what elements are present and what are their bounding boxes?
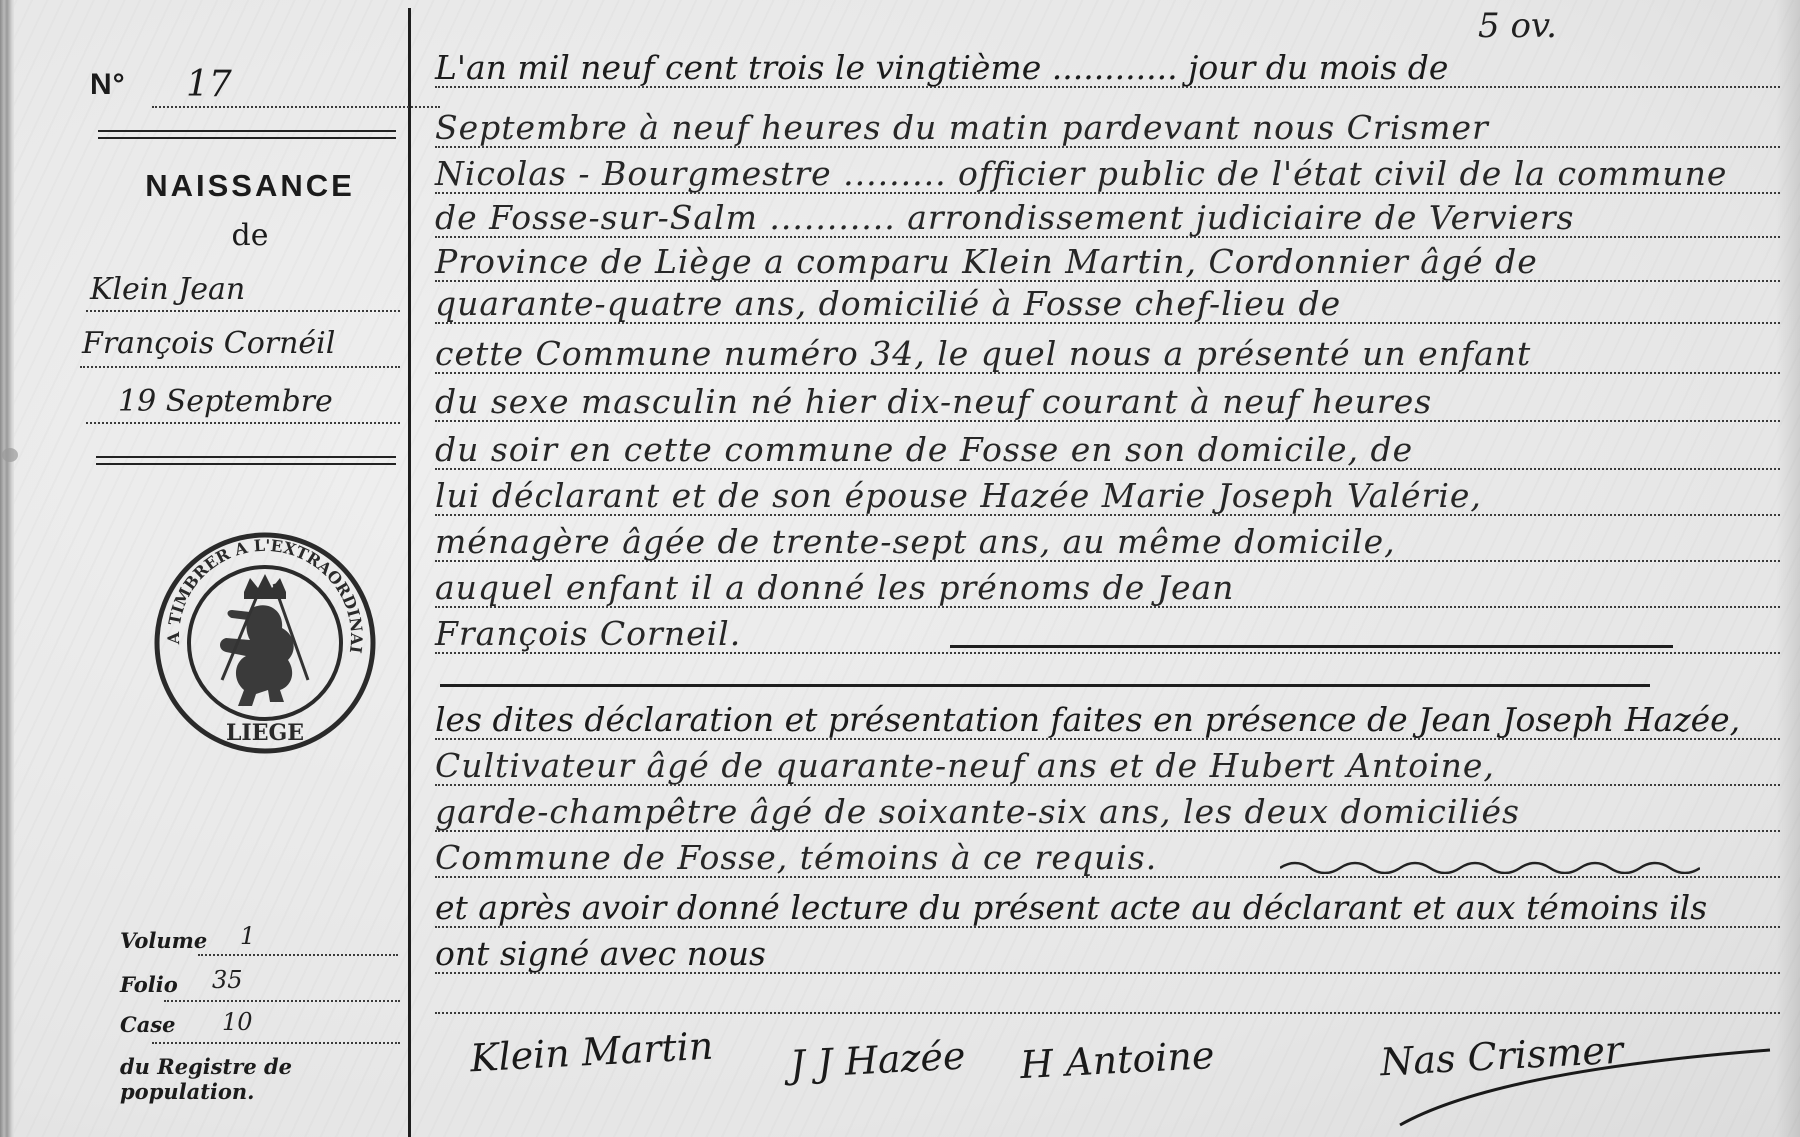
closing-line: et après avoir donné lecture du présent …	[435, 884, 1780, 936]
body-line: François Corneil.	[435, 610, 1780, 662]
birth-date-line: 19 Septembre	[118, 384, 333, 419]
binding-thread-knot	[2, 448, 18, 462]
body-line-text: cette Commune numéro 34, le quel nous a …	[435, 334, 1531, 374]
child-surname-line: Klein Jean	[90, 272, 245, 307]
entry-number: N° 17	[90, 68, 440, 112]
witness-line: garde-champêtre âgé de soixante-six ans,…	[435, 788, 1780, 840]
body-line-text: Septembre à neuf heures du matin pardeva…	[435, 108, 1489, 148]
number-value: 17	[186, 64, 232, 105]
register-footer: du Registre de population.	[120, 1054, 400, 1104]
folio-label: Folio	[120, 972, 178, 997]
volume-label: Volume	[120, 928, 207, 953]
body-line-text: lui déclarant et de son épouse Hazée Mar…	[435, 476, 1482, 516]
closing-line-text: ont signé avec nous	[435, 934, 766, 974]
svg-text:LIEGE: LIEGE	[226, 720, 304, 746]
body-line: auquel enfant il a donné les prénoms de …	[435, 564, 1780, 616]
folio-value: 35	[212, 966, 243, 994]
body-line-text: de Fosse-sur-Salm ........... arrondisse…	[435, 198, 1574, 238]
double-rule	[98, 130, 396, 139]
body-line-text: du soir en cette commune de Fosse en son…	[435, 430, 1413, 470]
witness-line-text: Cultivateur âgé de quarante-neuf ans et …	[435, 746, 1495, 786]
tax-stamp-icon: A TIMBRER A L'EXTRAORDINAIRE LIEGE	[152, 530, 378, 756]
body-line: Septembre à neuf heures du matin pardeva…	[435, 104, 1780, 156]
signature-witness-2: H Antoine	[1019, 1033, 1215, 1087]
body-line: quarante-quatre ans, domicilié à Fosse c…	[435, 280, 1780, 332]
margin-column: N° 17 NAISSANCE de Klein Jean François C…	[40, 0, 400, 1137]
body-line-text: François Corneil.	[435, 614, 741, 654]
signature-block: Klein Martin J J Hazée H Antoine Nas Cri…	[460, 1020, 1780, 1130]
witness-line: Cultivateur âgé de quarante-neuf ans et …	[435, 742, 1780, 794]
dotted-rule	[435, 1012, 1780, 1014]
body-line-text: ménagère âgée de trente-sept ans, au mêm…	[435, 522, 1396, 562]
body-line: ménagère âgée de trente-sept ans, au mêm…	[435, 518, 1780, 570]
dotted-rule	[152, 106, 440, 108]
body-line: du sexe masculin né hier dix-neuf couran…	[435, 378, 1780, 430]
body-line-text: Nicolas - Bourgmestre ......... officier…	[435, 154, 1727, 194]
dotted-rule	[152, 1042, 400, 1044]
body-line: cette Commune numéro 34, le quel nous a …	[435, 330, 1780, 382]
column-divider	[408, 8, 411, 1137]
dotted-rule	[198, 954, 398, 956]
signature-flourish	[1340, 1040, 1780, 1130]
body-line-text: Province de Liège a comparu Klein Martin…	[435, 242, 1538, 282]
witness-line-text: les dites déclaration et présentation fa…	[435, 700, 1740, 740]
annotation-top-right: 5 ov.	[1478, 6, 1557, 46]
body-line-text: auquel enfant il a donné les prénoms de …	[435, 568, 1234, 608]
volume-value: 1	[240, 922, 255, 950]
dotted-rule	[86, 422, 400, 424]
case-value: 10	[222, 1008, 253, 1036]
body-line-text: quarante-quatre ans, domicilié à Fosse c…	[435, 284, 1341, 324]
child-given-names-line: François Cornéil	[82, 326, 335, 361]
book-binding	[0, 0, 14, 1137]
dotted-rule	[86, 310, 400, 312]
dotted-rule	[80, 366, 400, 368]
record-type-de: de	[100, 218, 400, 253]
fill-stroke	[950, 645, 1673, 648]
witness-line: les dites déclaration et présentation fa…	[435, 696, 1780, 748]
witness-line-text: garde-champêtre âgé de soixante-six ans,…	[435, 792, 1520, 832]
fill-wave-stroke	[1280, 858, 1700, 874]
body-line: du soir en cette commune de Fosse en son…	[435, 426, 1780, 478]
body-line: L'an mil neuf cent trois le vingtième ..…	[435, 44, 1780, 96]
closing-line: ont signé avec nous	[435, 930, 1780, 982]
section-rule	[440, 684, 1650, 687]
witness-line-text: Commune de Fosse, témoins à ce requis.	[435, 838, 1157, 878]
signature-witness-1: J J Hazée	[789, 1033, 966, 1086]
register-page: 5 ov. N° 17 NAISSANCE de Klein Jean Fran…	[0, 0, 1800, 1137]
body-line: lui déclarant et de son épouse Hazée Mar…	[435, 472, 1780, 524]
signature-declarant: Klein Martin	[469, 1024, 714, 1081]
closing-line-text: et après avoir donné lecture du présent …	[435, 888, 1707, 928]
body-line-text: L'an mil neuf cent trois le vingtième ..…	[435, 48, 1448, 88]
dotted-rule	[164, 1000, 400, 1002]
record-type-title: NAISSANCE	[100, 168, 400, 204]
body-line-text: du sexe masculin né hier dix-neuf couran…	[435, 382, 1432, 422]
number-label: N°	[90, 68, 126, 102]
double-rule	[96, 456, 396, 465]
case-label: Case	[120, 1012, 176, 1037]
